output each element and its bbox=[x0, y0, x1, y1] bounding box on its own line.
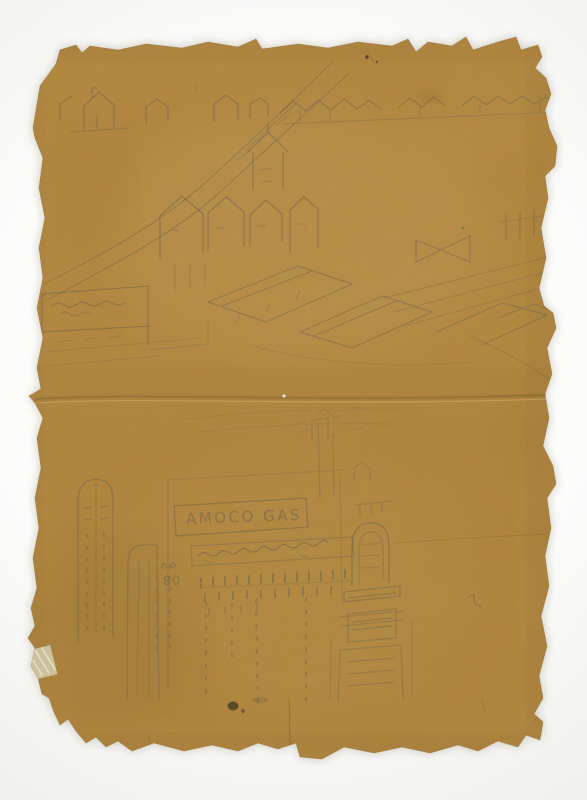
paper-sheet: AMOCO GAS 80 bbox=[20, 30, 570, 775]
paper-grain-texture bbox=[20, 30, 570, 775]
green-speck bbox=[462, 227, 465, 230]
scanned-artwork-page: AMOCO GAS 80 bbox=[0, 0, 587, 800]
paper-stains bbox=[20, 30, 570, 775]
artwork-scan: AMOCO GAS 80 bbox=[0, 0, 587, 800]
paper-fleck bbox=[282, 394, 285, 397]
dark-speck bbox=[365, 55, 369, 59]
ink-blot bbox=[228, 702, 239, 711]
building-number-text: 80 bbox=[163, 572, 182, 588]
